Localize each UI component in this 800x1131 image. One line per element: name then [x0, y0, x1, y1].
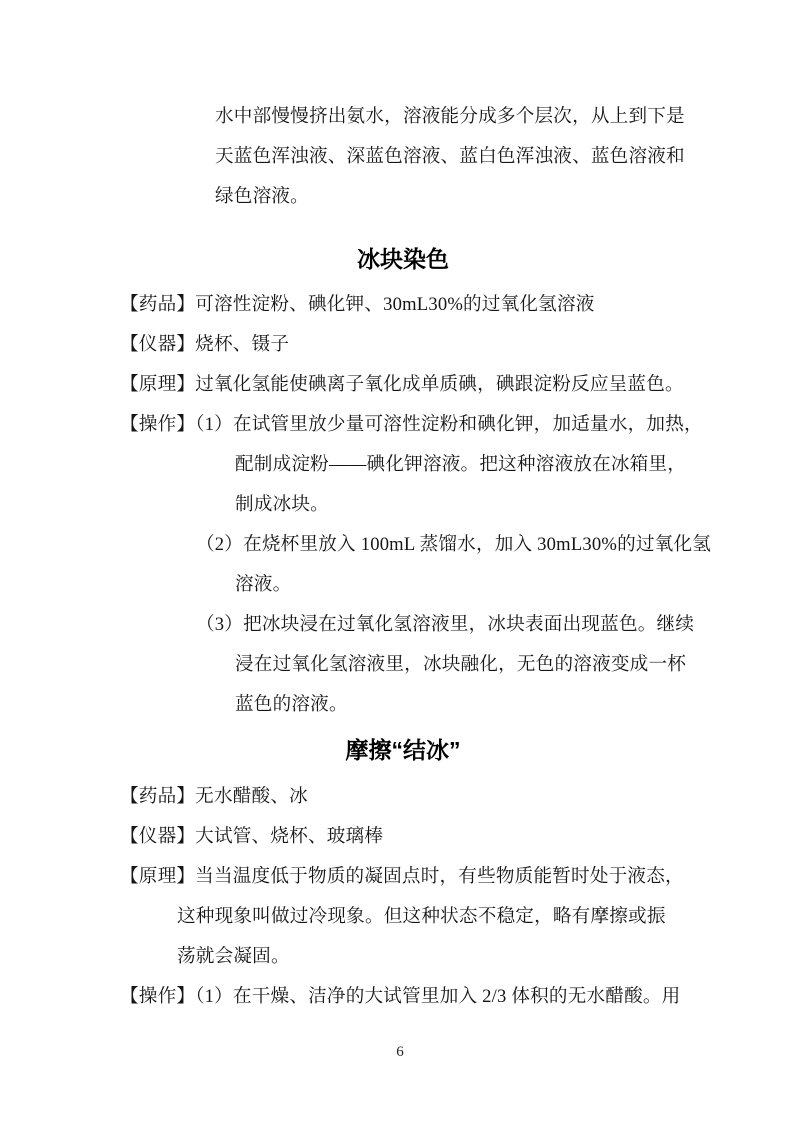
entry-principle-line: 【原理】过氧化氢能使碘离子氧化成单质碘，碘跟淀粉反应呈蓝色。: [120, 365, 686, 405]
entry-operation-line: 【操作】（1）在干燥、洁净的大试管里加入 2/3 体积的无水醋酸。用: [120, 977, 686, 1017]
entry-operation-line: 【操作】（1）在试管里放少量可溶性淀粉和碘化钾，加适量水，加热，: [120, 405, 686, 445]
entry-operation-line: 制成冰块。: [120, 485, 686, 525]
intro-paragraph-line: 绿色溶液。: [120, 177, 686, 217]
entry-instrument-line: 【仪器】大试管、烧杯、玻璃棒: [120, 817, 686, 857]
entry-medicine-line: 【药品】无水醋酸、冰: [120, 777, 686, 817]
entry-instrument-line: 【仪器】烧杯、镊子: [120, 325, 686, 365]
entry-operation-line: （3）把冰块浸在过氧化氢溶液里，冰块表面出现蓝色。继续: [120, 605, 686, 645]
section-title-friction-freezing: 摩擦“结冰”: [120, 733, 686, 767]
entry-principle-line: 荡就会凝固。: [120, 937, 686, 977]
intro-paragraph-line: 天蓝色浑浊液、深蓝色溶液、蓝白色浑浊液、蓝色溶液和: [120, 137, 686, 177]
entry-medicine-line: 【药品】可溶性淀粉、碘化钾、30mL30%的过氧化氢溶液: [120, 285, 686, 325]
page-number: 6: [0, 1042, 800, 1062]
document-page: 水中部慢慢挤出氨水，溶液能分成多个层次，从上到下是 天蓝色浑浊液、深蓝色溶液、蓝…: [0, 0, 800, 1131]
entry-operation-line: 浸在过氧化氢溶液里，冰块融化，无色的溶液变成一杯: [120, 645, 686, 685]
section-title-ice-dyeing: 冰块染色: [120, 242, 686, 276]
entry-operation-line: 蓝色的溶液。: [120, 685, 686, 725]
page-content: 水中部慢慢挤出氨水，溶液能分成多个层次，从上到下是 天蓝色浑浊液、深蓝色溶液、蓝…: [120, 97, 686, 1017]
entry-principle-line: 这种现象叫做过冷现象。但这种状态不稳定，略有摩擦或振: [120, 897, 686, 937]
entry-operation-line: （2）在烧杯里放入 100mL 蒸馏水，加入 30mL30%的过氧化氢: [120, 525, 686, 565]
intro-paragraph-line: 水中部慢慢挤出氨水，溶液能分成多个层次，从上到下是: [120, 97, 686, 137]
entry-principle-line: 【原理】当当温度低于物质的凝固点时，有些物质能暂时处于液态，: [120, 857, 686, 897]
entry-operation-line: 配制成淀粉——碘化钾溶液。把这种溶液放在冰箱里，: [120, 445, 686, 485]
entry-operation-line: 溶液。: [120, 565, 686, 605]
